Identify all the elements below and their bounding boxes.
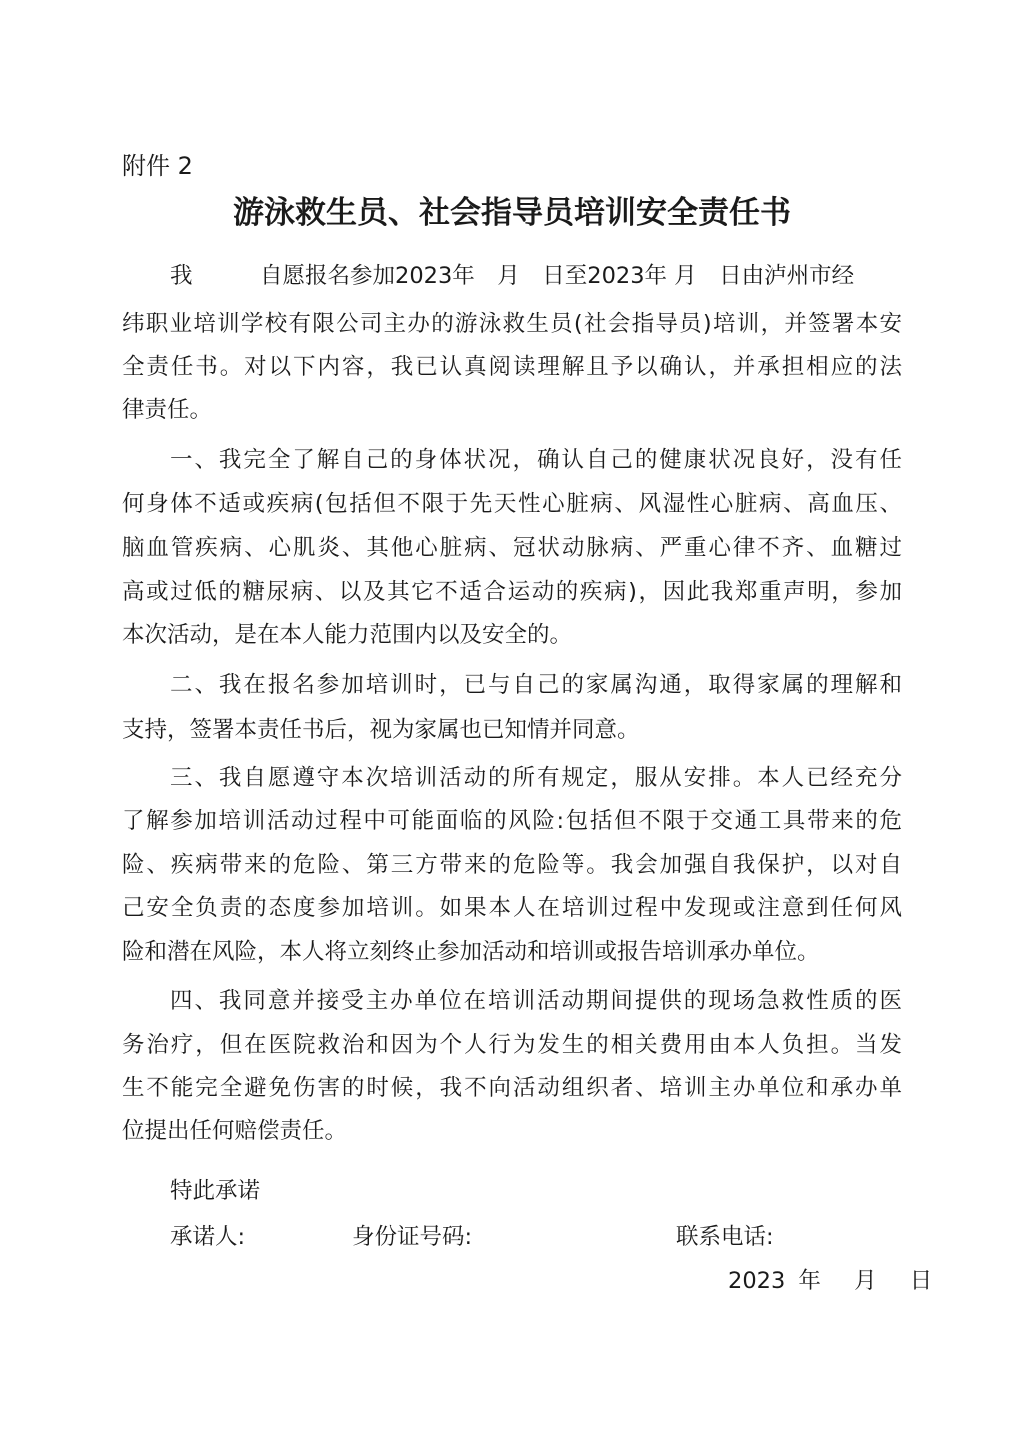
intro-line: 我 自愿报名参加2023年 月 日至2023年 月 日由泸州市经: [170, 261, 902, 291]
intro-line: 纬职业培训学校有限公司主办的游泳救生员(社会指导员)培训，并签署本安: [122, 309, 902, 339]
pledger-label: 承诺人:: [170, 1222, 245, 1252]
clause-line: 脑血管疾病、心肌炎、其他心脏病、冠状动脉病、严重心律不齐、血糖过: [122, 533, 902, 563]
date-year-unit: 年: [798, 1266, 821, 1296]
intro-line: 律责任。: [122, 395, 902, 425]
signature-date: 2023 年 月 日: [728, 1266, 932, 1296]
clause-line: 位提出任何赔偿责任。: [122, 1116, 902, 1146]
attachment-label: 附件 2: [122, 150, 193, 182]
clause-line: 险和潜在风险，本人将立刻终止参加活动和培训或报告培训承办单位。: [122, 937, 902, 967]
document-page: 附件 2 游泳救生员、社会指导员培训安全责任书 我 自愿报名参加2023年 月 …: [0, 0, 1024, 1448]
document-title: 游泳救生员、社会指导员培训安全责任书: [0, 193, 1024, 233]
clause-line: 了解参加培训活动过程中可能面临的风险:包括但不限于交通工具带来的危: [122, 806, 902, 836]
signature-row: 承诺人: 身份证号码: 联系电话:: [0, 1222, 1024, 1252]
clause-line: 何身体不适或疾病(包括但不限于先天性心脏病、风湿性心脏病、高血压、: [122, 489, 902, 519]
date-day-unit: 日: [910, 1266, 933, 1296]
clause-line: 三、我自愿遵守本次培训活动的所有规定，服从安排。本人已经充分: [170, 763, 902, 793]
intro-line: 全责任书。对以下内容，我已认真阅读理解且予以确认，并承担相应的法: [122, 352, 902, 382]
clause-line: 二、我在报名参加培训时，已与自己的家属沟通，取得家属的理解和: [170, 670, 902, 700]
closing-statement: 特此承诺: [170, 1176, 260, 1206]
date-month-unit: 月: [854, 1266, 877, 1296]
phone-label: 联系电话:: [676, 1222, 774, 1252]
clause-line: 生不能完全避免伤害的时候，我不向活动组织者、培训主办单位和承办单: [122, 1073, 902, 1103]
clause-line: 高或过低的糖尿病、以及其它不适合运动的疾病)，因此我郑重声明，参加: [122, 577, 902, 607]
id-number-label: 身份证号码:: [352, 1222, 472, 1252]
clause-line: 己安全负责的态度参加培训。如果本人在培训过程中发现或注意到任何风: [122, 893, 902, 923]
clause-line: 一、我完全了解自己的身体状况，确认自己的健康状况良好，没有任: [170, 445, 902, 475]
clause-line: 本次活动，是在本人能力范围内以及安全的。: [122, 620, 902, 650]
clause-line: 务治疗，但在医院救治和因为个人行为发生的相关费用由本人负担。当发: [122, 1030, 902, 1060]
clause-line: 四、我同意并接受主办单位在培训活动期间提供的现场急救性质的医: [170, 986, 902, 1016]
clause-line: 支持，签署本责任书后，视为家属也已知情并同意。: [122, 715, 902, 745]
date-year: 2023: [728, 1266, 785, 1296]
clause-line: 险、疾病带来的危险、第三方带来的危险等。我会加强自我保护，以对自: [122, 850, 902, 880]
